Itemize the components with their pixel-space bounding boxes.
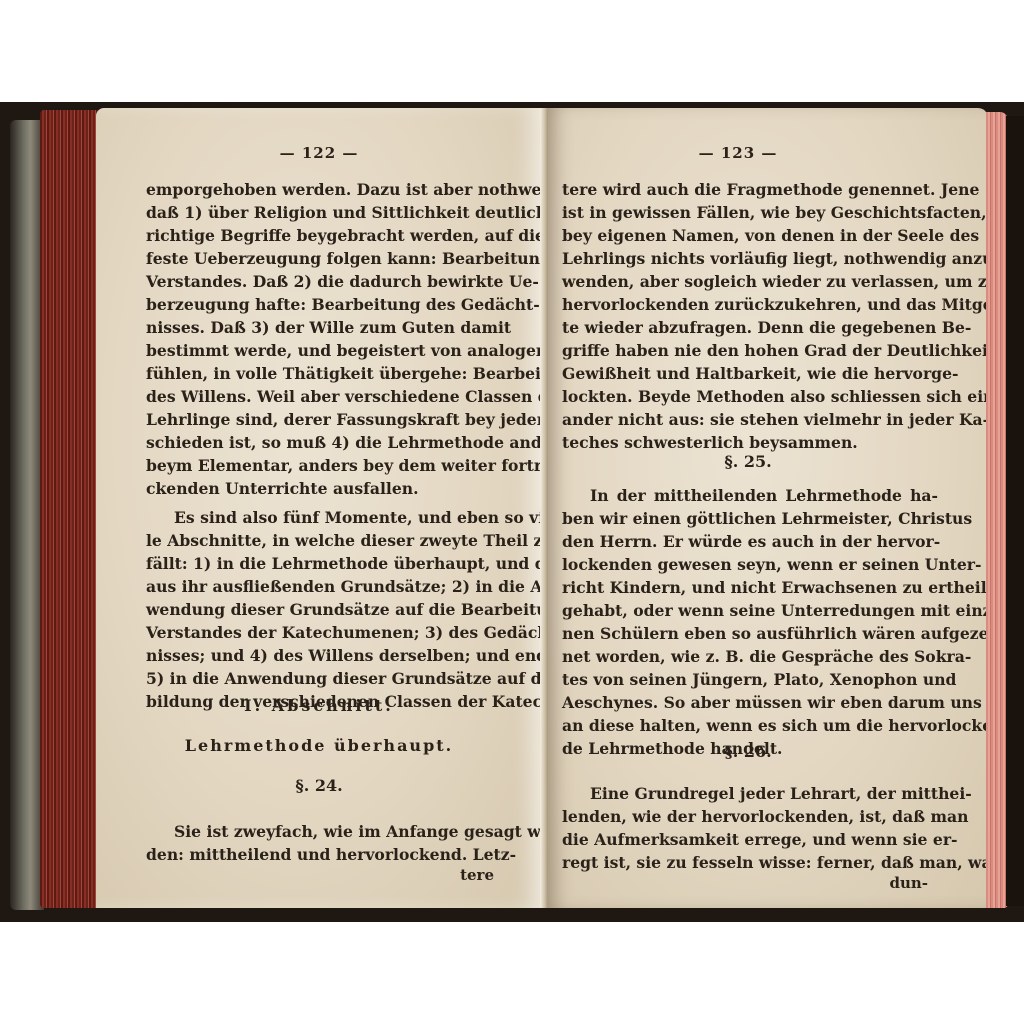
text-line: 5) in die Anwendung dieser Grundsätze au… xyxy=(146,667,502,690)
text-line: Aeschynes. So aber müssen wir eben darum… xyxy=(562,691,938,714)
page-edges-right xyxy=(986,112,1008,908)
text-line: teches schwesterlich beysammen. xyxy=(562,431,938,454)
text-line: Verstandes. Daß 2) die dadurch bewirkte … xyxy=(146,270,502,293)
text-line: schieden ist, so muß 4) die Lehrmethode … xyxy=(146,431,502,454)
paragraph: Eine Grundregel jeder Lehrart, der mitth… xyxy=(562,782,938,874)
text-line: ist in gewissen Fällen, wie bey Geschich… xyxy=(562,201,938,224)
paragraph: In der mittheilenden Lehrmethode ha- ben… xyxy=(562,484,938,760)
paragraph: Es sind also fünf Momente, und eben so v… xyxy=(146,506,502,713)
text-line: den: mittheilend und hervorlockend. Letz… xyxy=(146,843,502,866)
paragraph: Sie ist zweyfach, wie im Anfange gesagt … xyxy=(146,820,502,866)
text-line: beym Elementar, anders bey dem weiter fo… xyxy=(146,454,502,477)
catchword: tere xyxy=(460,866,494,884)
page-number: — 123 — xyxy=(488,144,988,166)
right-page: — 123 — tere wird auch die Fragmethode g… xyxy=(548,108,988,908)
text-line: Sie ist zweyfach, wie im Anfange gesagt … xyxy=(146,820,502,843)
text-line: gehabt, oder wenn seine Unterredungen mi… xyxy=(562,599,938,622)
text-line: nisses; und 4) des Willens derselben; un… xyxy=(146,644,502,667)
text-line: te wieder abzufragen. Denn die gegebenen… xyxy=(562,316,938,339)
text-line: die Aufmerksamkeit errege, und wenn sie … xyxy=(562,828,938,851)
text-line: berzeugung hafte: Bearbeitung des Gedäch… xyxy=(146,293,502,316)
text-line: Eine Grundregel jeder Lehrart, der mitth… xyxy=(562,782,938,805)
catchword: dun- xyxy=(889,874,928,892)
text-line: ckenden Unterrichte ausfallen. xyxy=(146,477,502,500)
text-line: Es sind also fünf Momente, und eben so v… xyxy=(146,506,502,529)
text-line: Gewißheit und Haltbarkeit, wie die hervo… xyxy=(562,362,938,385)
text-line: emporgehoben werden. Dazu ist aber nothw… xyxy=(146,178,502,201)
text-line: an diese halten, wenn es sich um die her… xyxy=(562,714,938,737)
book-scan: — 122 — emporgehoben werden. Dazu ist ab… xyxy=(0,102,1024,922)
text-line: ander nicht aus: sie stehen vielmehr in … xyxy=(562,408,938,431)
text-line: feste Ueberzeugung folgen kann: Bearbeit… xyxy=(146,247,502,270)
text-line: nen Schülern eben so ausführlich wären a… xyxy=(562,622,938,645)
text-line: net worden, wie z. B. die Gespräche des … xyxy=(562,645,938,668)
text-line: richt Kindern, und nicht Erwachsenen zu … xyxy=(562,576,938,599)
text-line: ben wir einen göttlichen Lehrmeister, Ch… xyxy=(562,507,938,530)
text-line: wendung dieser Grundsätze auf die Bearbe… xyxy=(146,598,502,621)
section-subtitle: Lehrmethode überhaupt. xyxy=(96,736,542,755)
text-line: daß 1) über Religion und Sittlichkeit de… xyxy=(146,201,502,224)
page-number: — 122 — xyxy=(96,144,542,166)
text-line: hervorlockenden zurückzukehren, und das … xyxy=(562,293,938,316)
paragraph-sign: §. 24. xyxy=(96,776,542,795)
text-line: griffe haben nie den hohen Grad der Deut… xyxy=(562,339,938,362)
text-line: lockten. Beyde Methoden also schliessen … xyxy=(562,385,938,408)
text-line: fällt: 1) in die Lehrmethode überhaupt, … xyxy=(146,552,502,575)
text-line: des Willens. Weil aber verschiedene Clas… xyxy=(146,385,502,408)
text-line: nisses. Daß 3) der Wille zum Guten damit xyxy=(146,316,502,339)
paragraph-sign: §. 26. xyxy=(548,742,948,761)
book-cover-right xyxy=(1006,116,1024,906)
text-line: le Abschnitte, in welche dieser zweyte T… xyxy=(146,529,502,552)
text-line: aus ihr ausfließenden Grundsätze; 2) in … xyxy=(146,575,502,598)
text-line: bey eigenen Namen, von denen in der Seel… xyxy=(562,224,938,247)
text-line: tere wird auch die Fragmethode genennet.… xyxy=(562,178,938,201)
paragraph-sign: §. 25. xyxy=(548,452,948,471)
left-page: — 122 — emporgehoben werden. Dazu ist ab… xyxy=(96,108,542,908)
paragraph: tere wird auch die Fragmethode genennet.… xyxy=(562,178,938,454)
text-line: lenden, wie der hervorlockenden, ist, da… xyxy=(562,805,938,828)
text-line: bestimmt werde, und begeistert von analo… xyxy=(146,339,502,362)
text-line: tes von seinen Jüngern, Plato, Xenophon … xyxy=(562,668,938,691)
text-line: richtige Begriffe beygebracht werden, au… xyxy=(146,224,502,247)
text-line: lockenden gewesen seyn, wenn er seinen U… xyxy=(562,553,938,576)
text-line: In der mittheilenden Lehrmethode ha- xyxy=(562,484,938,507)
book-cover-left xyxy=(10,120,44,910)
section-heading: I. Abschnitt. xyxy=(96,696,542,715)
text-line: fühlen, in volle Thätigkeit übergehe: Be… xyxy=(146,362,502,385)
page-edges-left xyxy=(40,110,98,908)
text-line: Lehrlinge sind, derer Fassungskraft bey … xyxy=(146,408,502,431)
text-line: den Herrn. Er würde es auch in der hervo… xyxy=(562,530,938,553)
text-line: wenden, aber sogleich wieder zu verlasse… xyxy=(562,270,938,293)
paragraph: emporgehoben werden. Dazu ist aber nothw… xyxy=(146,178,502,500)
text-line: regt ist, sie zu fesseln wisse: ferner, … xyxy=(562,851,938,874)
text-line: Verstandes der Katechumenen; 3) des Gedä… xyxy=(146,621,502,644)
text-line: Lehrlings nichts vorläufig liegt, nothwe… xyxy=(562,247,938,270)
